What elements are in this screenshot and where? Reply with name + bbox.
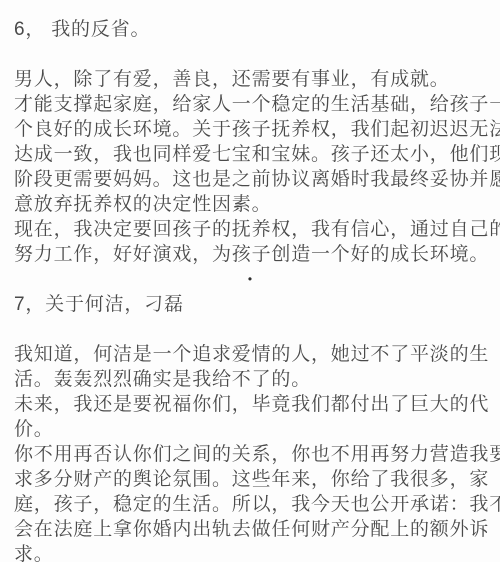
letter-document: 6， 我的反省。 男人，除了有爱，善良，还需要有事业，有成就。 才能支撑起家庭，… <box>0 0 500 562</box>
text-line: 活。轰轰烈烈确实是我给不了的。 <box>14 367 490 392</box>
text-line: 未来，我还是要祝福你们，毕竟我们都付出了巨大的代 <box>14 392 490 417</box>
text-line: 我知道，何洁是一个追求爱情的人，她过不了平淡的生 <box>14 342 490 367</box>
section-6-heading: 6， 我的反省。 <box>14 17 490 42</box>
text-line: 男人，除了有爱，善良，还需要有事业，有成就。 <box>14 67 490 92</box>
blank-line <box>14 42 490 67</box>
text-line: 求。 <box>14 542 490 562</box>
text-line: 你不用再否认你们之间的关系，你也不用再努力营造我要 <box>14 442 490 467</box>
text-line: 意放弃抚养权的决定性因素。 <box>14 192 490 217</box>
section-7-heading: 7，关于何洁，刁磊 <box>14 292 490 317</box>
text-line: 努力工作，好好演戏，为孩子创造一个好的成长环境。 <box>14 242 490 267</box>
text-line: 会在法庭上拿你婚内出轨去做任何财产分配上的额外诉 <box>14 517 490 542</box>
text-line: 价。 <box>14 417 490 442</box>
text-line: 达成一致，我也同样爱七宝和宝妹。孩子还太小，他们现 <box>14 142 490 167</box>
separator-dot: • <box>10 267 490 292</box>
blank-line <box>14 317 490 342</box>
text-line: 求多分财产的舆论氛围。这些年来，你给了我很多，家 <box>14 467 490 492</box>
text-line: 阶段更需要妈妈。这也是之前协议离婚时我最终妥协并愿 <box>14 167 490 192</box>
section-7: 7，关于何洁，刁磊 我知道，何洁是一个追求爱情的人，她过不了平淡的生 活。轰轰烈… <box>14 292 490 562</box>
text-line: 庭，孩子，稳定的生活。所以，我今天也公开承诺：我不 <box>14 492 490 517</box>
text-line: 才能支撑起家庭，给家人一个稳定的生活基础，给孩子一 <box>14 92 490 117</box>
section-6: 6， 我的反省。 男人，除了有爱，善良，还需要有事业，有成就。 才能支撑起家庭，… <box>14 17 490 267</box>
text-line: 个良好的成长环境。关于孩子抚养权，我们起初迟迟无法 <box>14 117 490 142</box>
text-line: 现在，我决定要回孩子的抚养权，我有信心，通过自己的 <box>14 217 490 242</box>
